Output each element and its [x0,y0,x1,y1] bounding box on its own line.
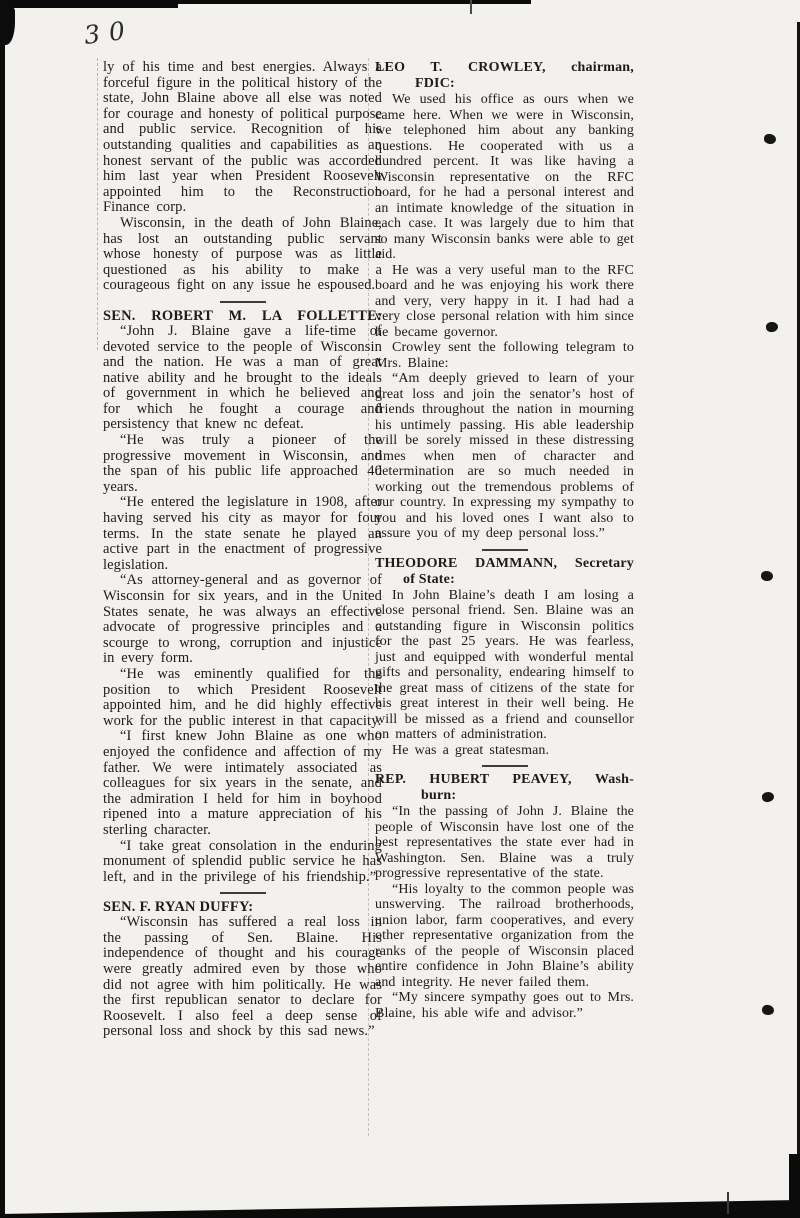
scan-border-bottom [0,1200,800,1218]
heading-line: REP. HUBERT PEAVEY, Wash- [375,772,634,788]
paragraph: “He was truly a pioneer of the progressi… [103,433,382,495]
punch-hole-mark [763,133,776,145]
paragraph: “He was eminently qualified for the posi… [103,667,382,729]
punch-hole-mark [766,321,779,332]
scan-corner-blob [0,7,15,45]
heading-line: of State: [375,572,634,588]
paragraph: “Am deeply grieved to learn of your grea… [375,371,634,542]
scan-mark-top [470,0,472,14]
paragraph: “John J. Blaine gave a life-time of devo… [103,324,382,433]
section-heading-duffy: SEN. F. RYAN DUFFY: [103,899,382,915]
paragraph: “My sincere sympathy goes out to Mrs. Bl… [375,990,634,1021]
heading-line: FDIC: [375,76,634,92]
section-divider [220,301,266,303]
article-column-1: ly of his time and best energies. Always… [103,60,382,1040]
paragraph: Wisconsin, in the death of John Blaine, … [103,216,382,294]
paragraph: “He entered the legislature in 1908, aft… [103,495,382,573]
section-heading-dammann: THEODORE DAMMANN, Secretary of State: [375,556,634,588]
punch-hole-mark [762,1004,775,1015]
column-rule-left [97,58,98,350]
paragraph: We used his office as ours when we came … [375,92,634,263]
paragraph: He was a very useful man to the RFC boar… [375,263,634,341]
paragraph: ly of his time and best energies. Always… [103,60,382,216]
section-divider [482,549,528,551]
paragraph: In John Blaine’s death I am losing a clo… [375,588,634,743]
paragraph: “I first knew John Blaine as one who enj… [103,729,382,838]
section-heading-crowley: LEO T. CROWLEY, chairman, FDIC: [375,60,634,92]
paragraph: “His loyalty to the common people was un… [375,882,634,991]
section-divider [482,765,528,767]
scan-border-left [0,0,5,1218]
section-heading-la-follette: SEN. ROBERT M. LA FOLLETTE: [103,308,382,324]
paragraph: Crowley sent the following telegram to M… [375,340,634,371]
paragraph: “I take great consolation in the endurin… [103,839,382,886]
handwritten-page-number: 30 [82,15,135,50]
punch-hole-mark [761,791,775,803]
heading-line: THEODORE DAMMANN, Secretary [375,556,634,572]
scan-border-top-thick [0,0,178,8]
paragraph: He was a great statesman. [375,743,634,759]
punch-hole-mark [761,571,774,582]
section-divider [220,892,266,894]
paragraph: “Wisconsin has suffered a real loss in t… [103,915,382,1040]
paragraph: “As attorney-general and as governor of … [103,573,382,667]
section-heading-peavey: REP. HUBERT PEAVEY, Wash- burn: [375,772,634,804]
heading-line: burn: [375,788,634,804]
newspaper-clipping-scan: 30 ly of his time and best energies. Alw… [0,0,800,1218]
heading-line: LEO T. CROWLEY, chairman, [375,60,634,76]
scan-mark-bottom [727,1192,729,1214]
paragraph: “In the passing of John J. Blaine the pe… [375,804,634,882]
article-column-2: LEO T. CROWLEY, chairman, FDIC: We used … [375,60,634,1021]
